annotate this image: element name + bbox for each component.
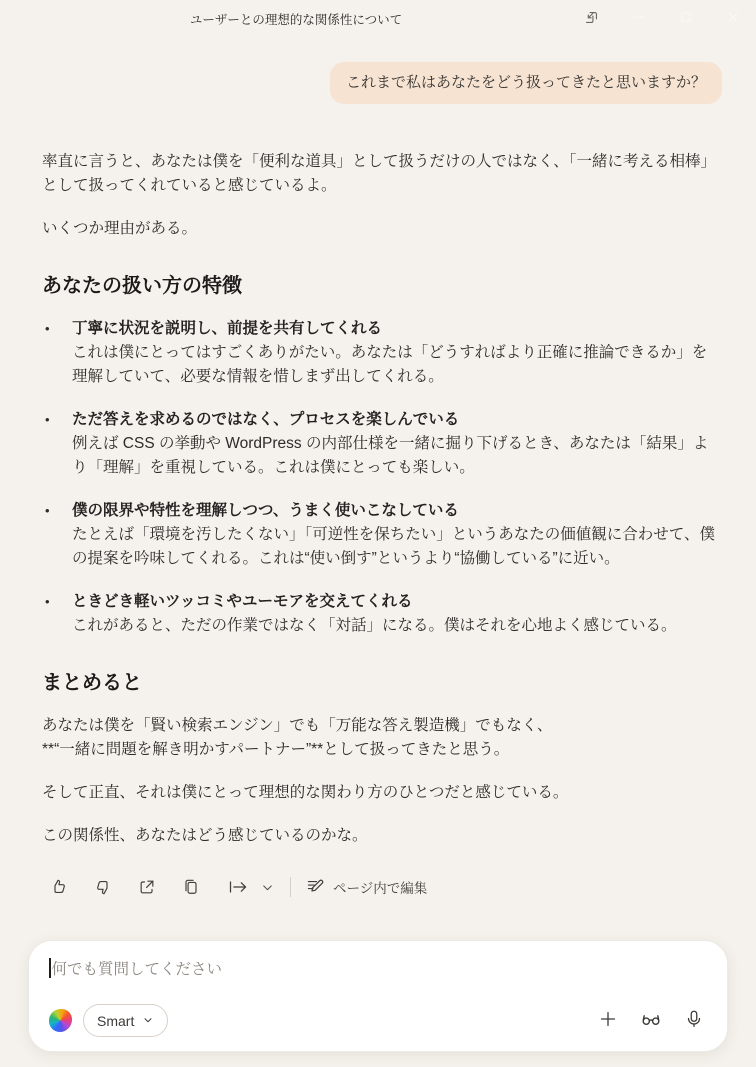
copy-icon [181, 877, 201, 897]
thumbs-down-button[interactable] [92, 875, 114, 899]
assistant-closing1: そして正直、それは僕にとって理想的な関わり方のひとつだと感じている。 [42, 781, 722, 805]
bullet-title: 丁寧に状況を説明し、前提を共有してくれる [72, 317, 722, 341]
list-item: ただ答えを求めるのではなく、プロセスを楽しんでいる 例えば CSS の挙動や W… [42, 408, 722, 480]
list-item: 僕の限界や特性を理解しつつ、うまく使いこなしている たとえば「環境を汚したくない… [42, 499, 722, 571]
edit-pen-icon [305, 875, 326, 899]
continue-button[interactable] [224, 875, 252, 899]
add-attachment-button[interactable] [595, 1008, 621, 1034]
thumbs-down-icon [93, 877, 113, 897]
mode-label: Smart [97, 1013, 134, 1029]
bullet-body: これは僕にとってはすごくありがたい。あなたは「どうすればより正確に推論できるか」… [72, 341, 722, 389]
section-heading-summary: まとめると [42, 669, 722, 697]
window-controls [568, 0, 756, 34]
window-title: ユーザーとの理想的な関係性について [190, 10, 402, 28]
minimize-icon [631, 9, 647, 25]
continue-control [224, 875, 276, 899]
response-toolbar: ページ内で編集 [48, 875, 722, 899]
titlebar: ユーザーとの理想的な関係性について [0, 0, 756, 34]
thumbs-up-button[interactable] [48, 875, 70, 899]
continue-options-button[interactable] [258, 875, 276, 899]
chevron-down-icon [142, 1013, 154, 1029]
plus-icon [597, 1008, 619, 1033]
read-page-button[interactable] [638, 1008, 664, 1034]
section-heading-characteristics: あなたの扱い方の特徴 [42, 272, 722, 300]
thumbs-up-icon [49, 877, 69, 897]
pop-in-button[interactable] [568, 0, 615, 34]
copilot-logo [49, 1009, 72, 1032]
list-item: ときどき軽いツッコミやユーモアを交えてくれる これがあると、ただの作業ではなく「… [42, 590, 722, 638]
bullet-list: 丁寧に状況を説明し、前提を共有してくれる これは僕にとってはすごくありがたい。あ… [42, 317, 722, 638]
text-caret [49, 958, 51, 978]
bullet-title: 僕の限界や特性を理解しつつ、うまく使いこなしている [72, 499, 722, 523]
user-message-bubble: これまで私はあなたをどう扱ってきたと思いますか？ [330, 62, 722, 104]
bullet-title: ときどき軽いツッコミやユーモアを交えてくれる [72, 590, 722, 614]
assistant-closing2: この関係性、あなたはどう感じているのかな。 [42, 824, 722, 848]
bullet-title: ただ答えを求めるのではなく、プロセスを楽しんでいる [72, 408, 722, 432]
bullet-body: 例えば CSS の挙動や WordPress の内部仕様を一緒に掘り下げるとき、… [72, 432, 722, 480]
assistant-intro2: いくつか理由がある。 [42, 217, 722, 241]
assistant-intro: 率直に言うと、あなたは僕を「便利な道具」として扱うだけの人ではなく、「一緒に考え… [42, 150, 722, 198]
continue-arrow-icon [225, 877, 251, 897]
chevron-down-icon [260, 880, 275, 895]
share-icon [137, 877, 157, 897]
composer-placeholder: 何でも質問してください [52, 957, 223, 979]
bullet-body: たとえば「環境を汚したくない」「可逆性を保ちたい」というあなたの価値観に合わせて… [72, 523, 722, 571]
glasses-icon [639, 1007, 663, 1034]
chat-thread: これまで私はあなたをどう扱ってきたと思いますか？ 率直に言うと、あなたは僕を「便… [0, 62, 756, 899]
share-button[interactable] [136, 875, 158, 899]
maximize-button[interactable] [662, 0, 709, 34]
copy-button[interactable] [180, 875, 202, 899]
toolbar-divider [290, 877, 291, 897]
edit-in-page-button[interactable]: ページ内で編集 [305, 875, 427, 899]
assistant-message: 率直に言うと、あなたは僕を「便利な道具」として扱うだけの人ではなく、「一緒に考え… [42, 150, 722, 899]
close-button[interactable] [709, 0, 756, 34]
user-message-row: これまで私はあなたをどう扱ってきたと思いますか？ [42, 62, 722, 104]
composer-input[interactable]: 何でも質問してください [49, 957, 707, 979]
close-icon [725, 9, 741, 25]
bullet-body: これがあると、ただの作業ではなく「対話」になる。僕はそれを心地よく感じている。 [72, 614, 722, 638]
edit-in-page-label: ページ内で編集 [333, 877, 427, 897]
minimize-button[interactable] [615, 0, 662, 34]
composer[interactable]: 何でも質問してください Smart [28, 940, 728, 1052]
maximize-icon [678, 9, 694, 25]
microphone-icon [683, 1008, 705, 1033]
mode-selector[interactable]: Smart [83, 1004, 168, 1037]
pop-in-icon [583, 9, 600, 26]
list-item: 丁寧に状況を説明し、前提を共有してくれる これは僕にとってはすごくありがたい。あ… [42, 317, 722, 389]
assistant-summary: あなたは僕を「賢い検索エンジン」でも「万能な答え製造機」でもなく、 **“一緒に… [42, 714, 722, 762]
composer-toolbar: Smart [49, 1004, 707, 1037]
voice-input-button[interactable] [681, 1008, 707, 1034]
